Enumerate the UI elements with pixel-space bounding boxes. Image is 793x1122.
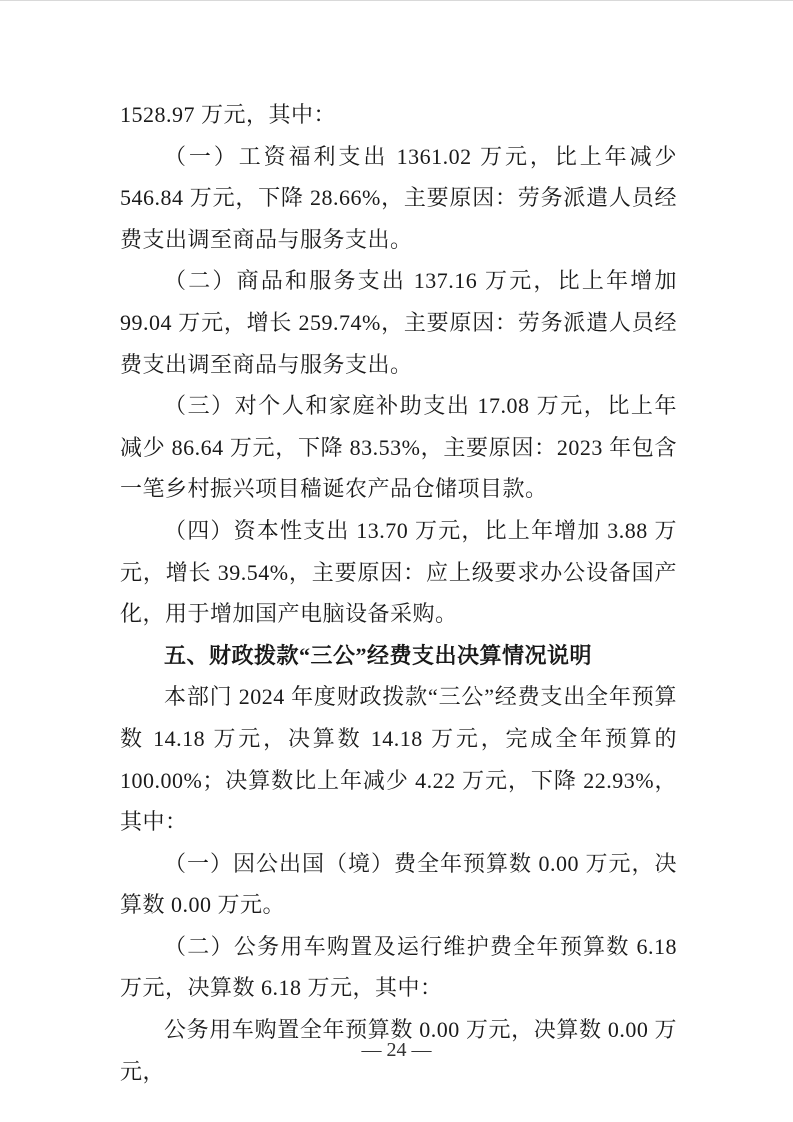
paragraph-total-continuation: 1528.97 万元，其中：: [120, 94, 677, 136]
paragraph-official-vehicle-expense: （二）公务用车购置及运行维护费全年预算数 6.18 万元，决算数 6.18 万元…: [120, 926, 677, 1009]
section-heading-three-public-funds: 五、财政拨款“三公”经费支出决算情况说明: [120, 635, 677, 677]
paragraph-goods-services-expense: （二）商品和服务支出 137.16 万元，比上年增加 99.04 万元，增长 2…: [120, 260, 677, 385]
paragraph-wage-welfare-expense: （一）工资福利支出 1361.02 万元，比上年减少 546.84 万元，下降 …: [120, 136, 677, 261]
paragraph-three-public-summary: 本部门 2024 年度财政拨款“三公”经费支出全年预算数 14.18 万元，决算…: [120, 676, 677, 842]
paragraph-overseas-travel-expense: （一）因公出国（境）费全年预算数 0.00 万元，决算数 0.00 万元。: [120, 843, 677, 926]
document-page: 1528.97 万元，其中： （一）工资福利支出 1361.02 万元，比上年减…: [0, 0, 793, 1122]
paragraph-individual-family-subsidy: （三）对个人和家庭补助支出 17.08 万元，比上年减少 86.64 万元，下降…: [120, 385, 677, 510]
page-number: — 24 —: [0, 1039, 793, 1062]
text-content: 1528.97 万元，其中： （一）工资福利支出 1361.02 万元，比上年减…: [120, 94, 677, 1092]
paragraph-capital-expense: （四）资本性支出 13.70 万元，比上年增加 3.88 万元，增长 39.54…: [120, 510, 677, 635]
